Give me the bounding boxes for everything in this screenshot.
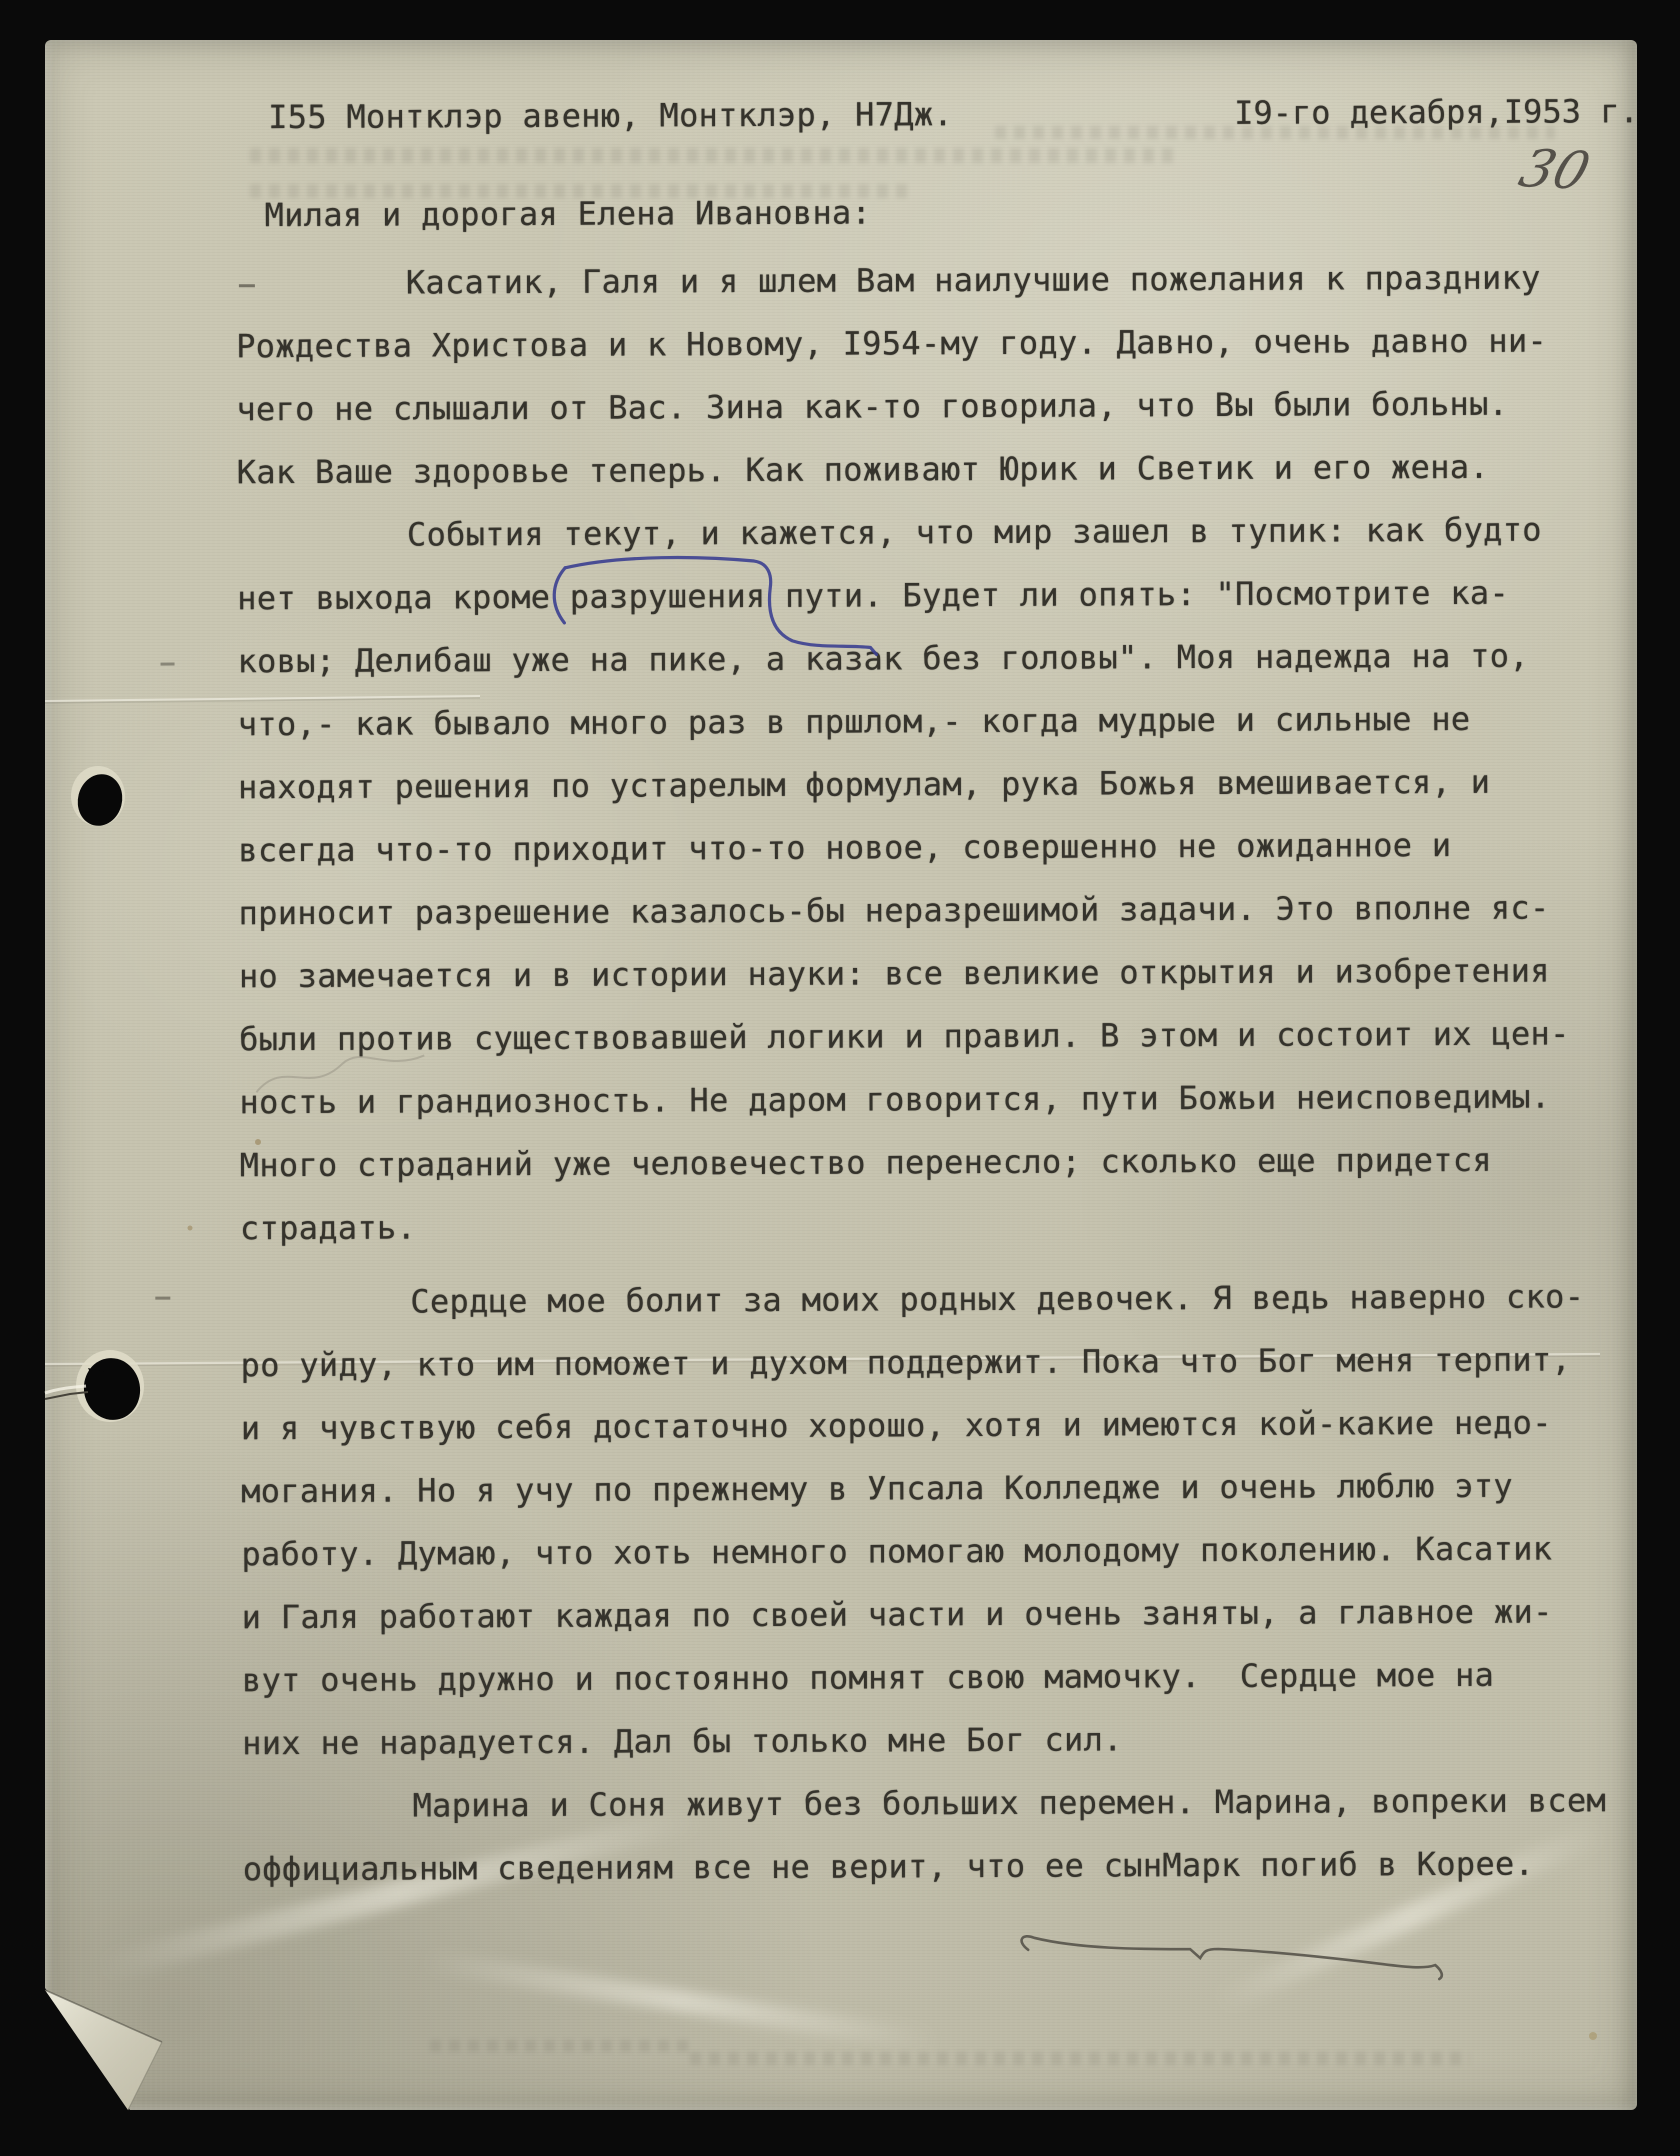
scan-background: { "letter": { "address": "I55 Монтклэр а… xyxy=(0,0,1680,2156)
letter-text-layer: I55 Монтклэр авеню, Монтклэр, Н7Дж. I9-г… xyxy=(0,0,1680,2156)
pencil-squiggle xyxy=(1022,1934,1442,1980)
hand-annotations xyxy=(0,0,1680,2156)
blue-ink-annotation xyxy=(554,557,876,656)
margin-dash xyxy=(151,284,259,1299)
pencil-scrawl xyxy=(256,1055,424,1092)
